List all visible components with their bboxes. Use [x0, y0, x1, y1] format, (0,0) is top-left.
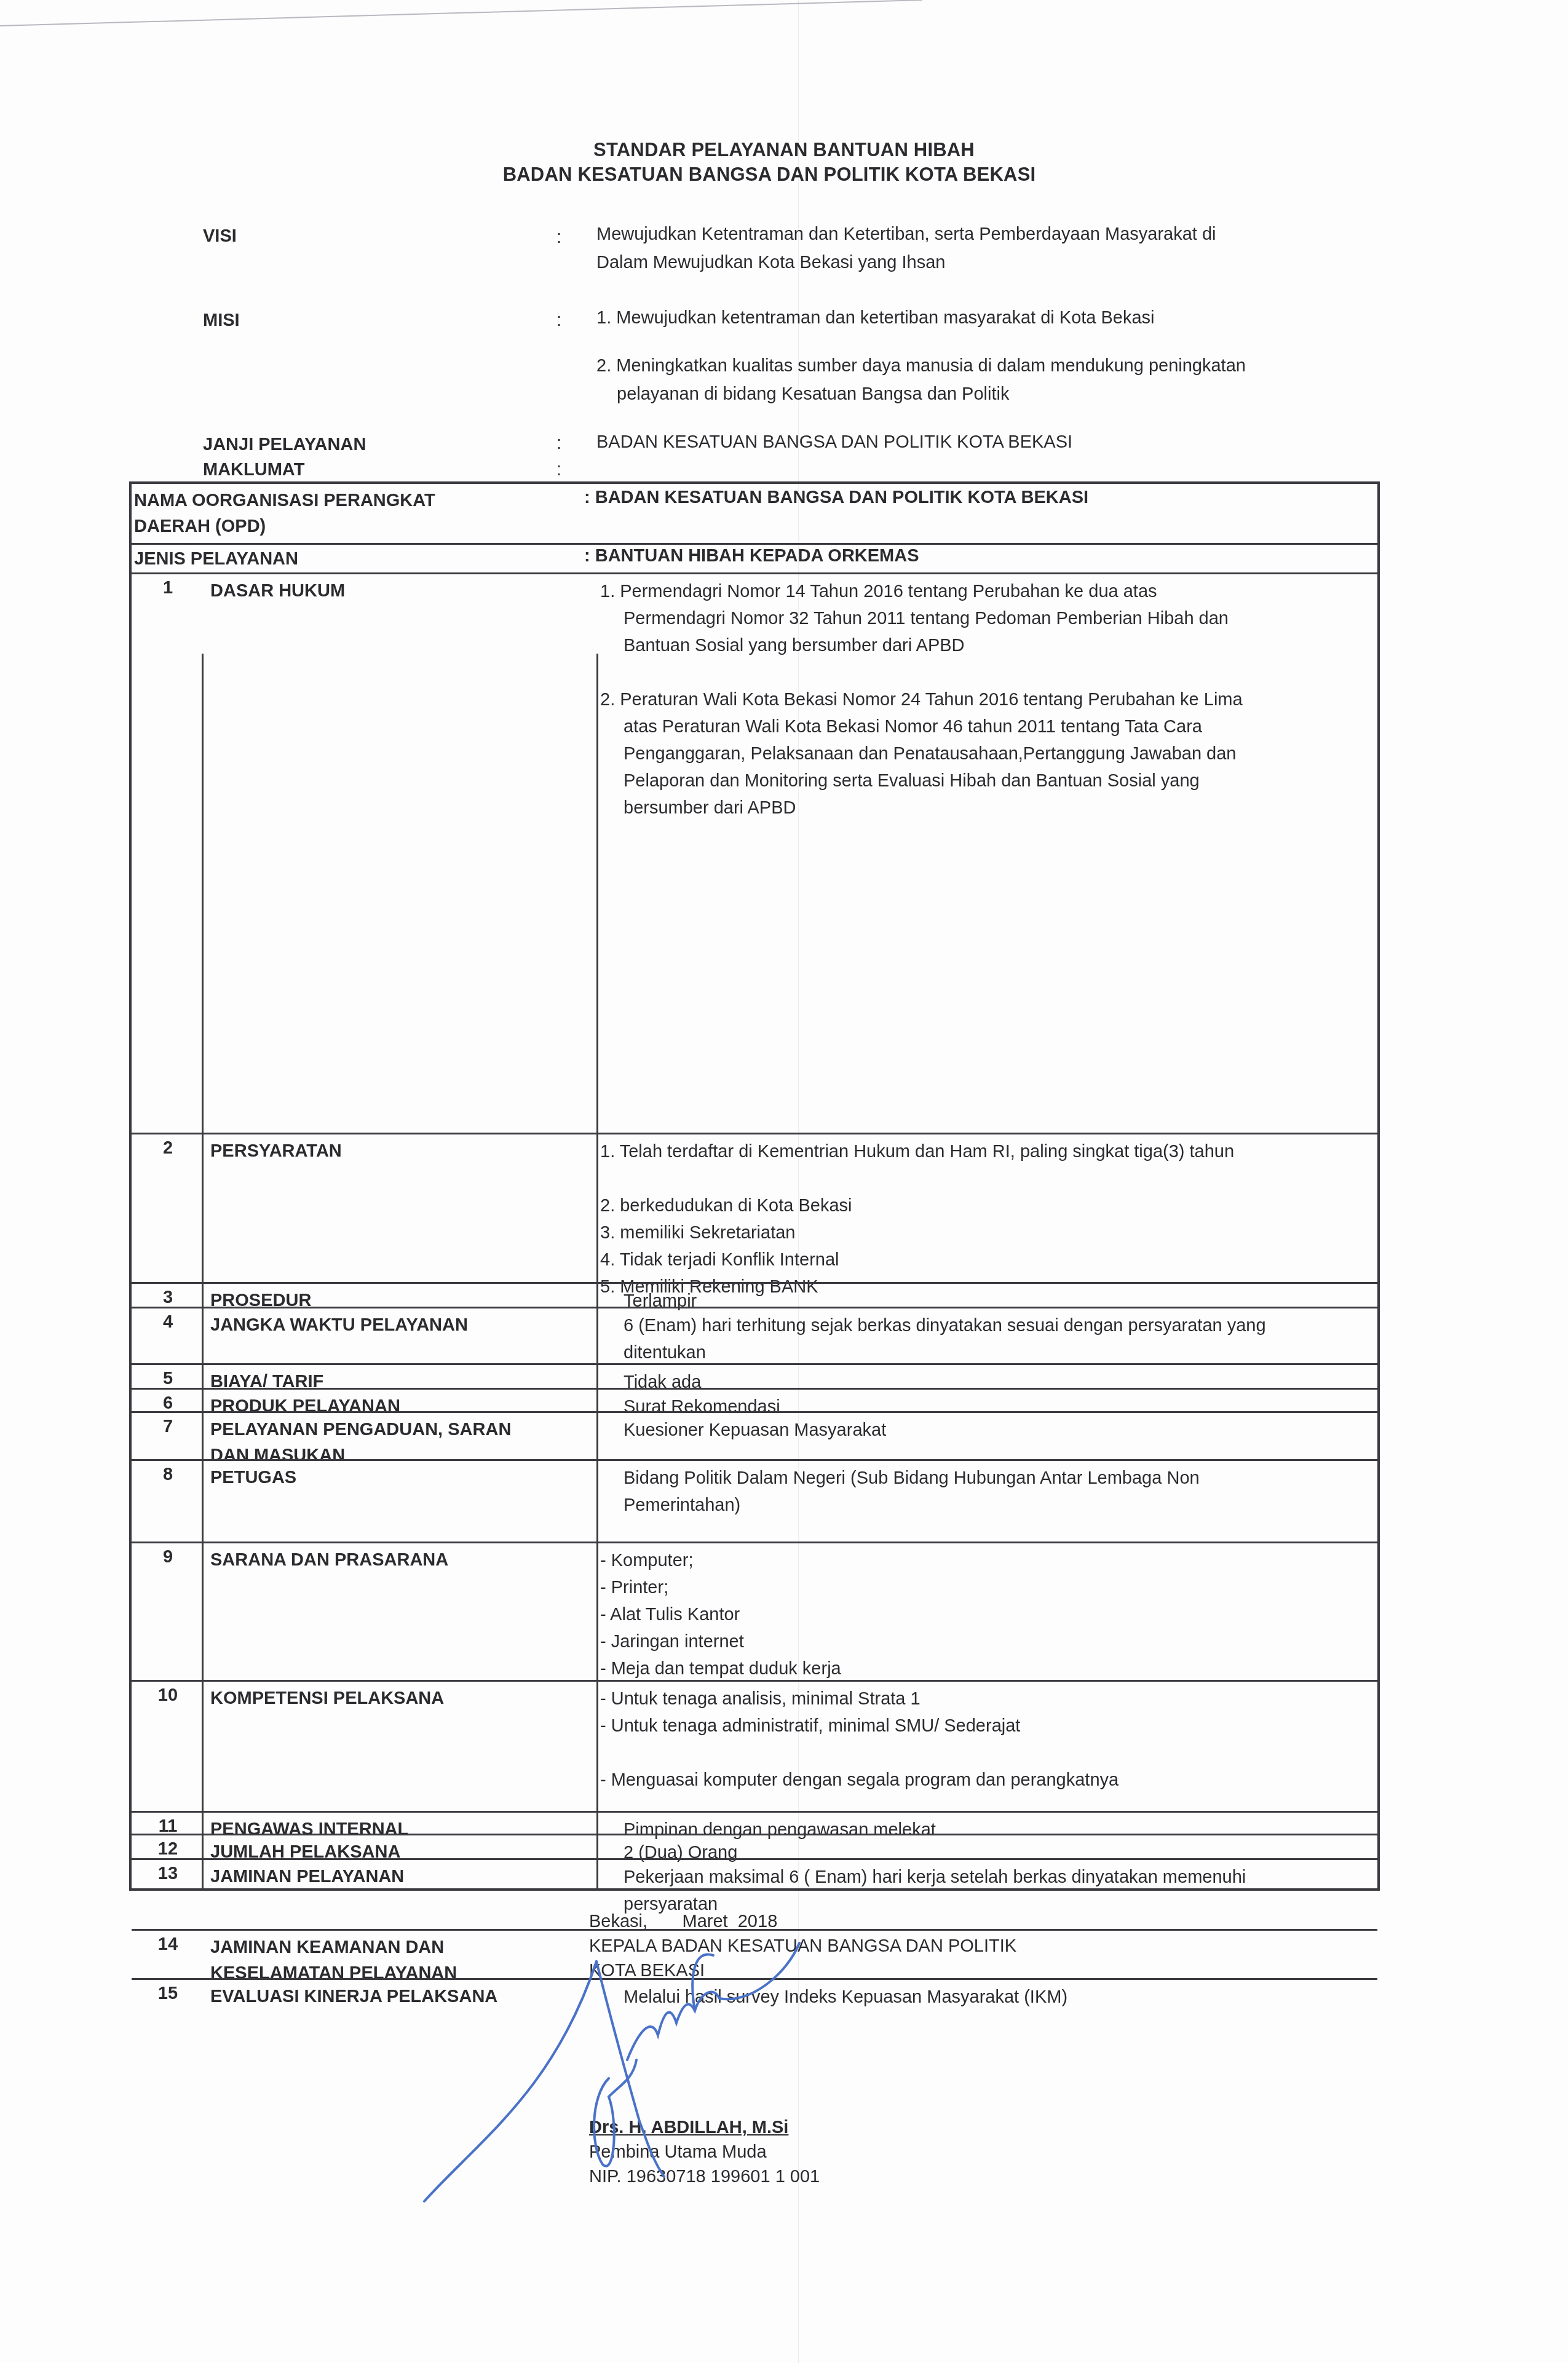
table-row-jenis: JENIS PELAYANAN : BANTUAN HIBAH KEPADA O… — [132, 543, 1377, 574]
service-standard-table: NAMA OORGANISASI PERANGKAT DAERAH (OPD) … — [129, 481, 1380, 1891]
misi-item-2: 2. Meningkatkan kualitas sumber daya man… — [596, 352, 1246, 408]
maklumat-label: MAKLUMAT — [203, 460, 304, 480]
table-row: 8PETUGASBidang Politik Dalam Negeri (Sub… — [132, 1459, 1377, 1542]
row-value: 1. Telah terdaftar di Kementrian Hukum d… — [600, 1138, 1369, 1300]
table-column-divider — [202, 654, 204, 1888]
row-number: 13 — [132, 1864, 204, 1884]
document-title: STANDAR PELAYANAN BANTUAN HIBAH — [0, 139, 1568, 161]
row-number: 2 — [132, 1138, 204, 1158]
misi-item-1: 1. Mewujudkan ketentraman dan ketertiban… — [596, 304, 1155, 332]
row-value: - Untuk tenaga analisis, minimal Strata … — [600, 1685, 1369, 1794]
row-number: 10 — [132, 1685, 204, 1706]
table-row: 6PRODUK PELAYANANSurat Rekomendasi — [132, 1388, 1377, 1411]
document-subtitle: BADAN KESATUAN BANGSA DAN POLITIK KOTA B… — [0, 164, 1553, 186]
janji-label: JANJI PELAYANAN — [203, 435, 366, 455]
row-number: 8 — [132, 1465, 204, 1485]
jenis-value: : BANTUAN HIBAH KEPADA ORKEMAS — [584, 546, 919, 566]
row-number: 1 — [132, 578, 204, 598]
row-number: 15 — [132, 1984, 204, 2004]
table-row: 2PERSYARATAN1. Telah terdaftar di Kement… — [132, 1133, 1377, 1282]
row-number: 5 — [132, 1369, 204, 1389]
place-date: Bekasi, Maret 2018 — [589, 1909, 1016, 1934]
jenis-label: JENIS PELAYANAN — [134, 546, 564, 572]
table-row: 5BIAYA/ TARIFTidak ada — [132, 1363, 1377, 1388]
janji-value: BADAN KESATUAN BANGSA DAN POLITIK KOTA B… — [596, 428, 1072, 456]
row-value: - Komputer;- Printer;- Alat Tulis Kantor… — [600, 1547, 1369, 1682]
row-label: PETUGAS — [205, 1465, 592, 1490]
row-label: SARANA DAN PRASARANA — [205, 1547, 592, 1573]
row-value: 6 (Enam) hari terhitung sejak berkas din… — [600, 1312, 1369, 1366]
row-value: Bidang Politik Dalam Negeri (Sub Bidang … — [600, 1465, 1369, 1519]
row-label: DASAR HUKUM — [205, 578, 592, 604]
misi-label: MISI — [203, 311, 240, 331]
scan-edge-line — [0, 0, 1568, 37]
table-row: 11PENGAWAS INTERNALPimpinan dengan penga… — [132, 1811, 1377, 1834]
maklumat-colon: : — [556, 460, 561, 480]
row-number: 12 — [132, 1839, 204, 1859]
opd-value: : BADAN KESATUAN BANGSA DAN POLITIK KOTA… — [584, 488, 1088, 508]
opd-label: NAMA OORGANISASI PERANGKAT DAERAH (OPD) — [134, 488, 564, 539]
row-value: Kuesioner Kepuasan Masyarakat — [600, 1417, 1369, 1444]
handwritten-signature-icon — [406, 1937, 836, 2214]
row-label: PERSYARATAN — [205, 1138, 592, 1164]
table-row: 9SARANA DAN PRASARANA- Komputer;- Printe… — [132, 1542, 1377, 1680]
table-row: 12JUMLAH PELAKSANA2 (Dua) Orang — [132, 1834, 1377, 1858]
row-value: 1. Permendagri Nomor 14 Tahun 2016 tenta… — [600, 578, 1369, 821]
table-row: 3PROSEDURTerlampir — [132, 1282, 1377, 1307]
visi-colon: : — [556, 228, 561, 248]
table-row: 7PELAYANAN PENGADUAN, SARANDAN MASUKANKu… — [132, 1411, 1377, 1459]
table-row: 1DASAR HUKUM1. Permendagri Nomor 14 Tahu… — [132, 572, 1377, 1133]
row-number: 4 — [132, 1312, 204, 1332]
row-number: 9 — [132, 1547, 204, 1567]
table-row: 10KOMPETENSI PELAKSANA- Untuk tenaga ana… — [132, 1680, 1377, 1811]
janji-colon: : — [556, 433, 561, 454]
visi-value: Mewujudkan Ketentraman dan Ketertiban, s… — [596, 220, 1216, 277]
misi-colon: : — [556, 311, 561, 331]
table-row: 4JANGKA WAKTU PELAYANAN6 (Enam) hari ter… — [132, 1307, 1377, 1363]
row-label: JANGKA WAKTU PELAYANAN — [205, 1312, 592, 1338]
row-number: 3 — [132, 1288, 204, 1308]
row-label: JAMINAN PELAYANAN — [205, 1864, 592, 1890]
visi-label: VISI — [203, 226, 237, 247]
row-label: KOMPETENSI PELAKSANA — [205, 1685, 592, 1711]
table-column-divider — [596, 654, 598, 1888]
row-number: 14 — [132, 1934, 204, 1955]
row-number: 7 — [132, 1417, 204, 1437]
table-row-opd: NAMA OORGANISASI PERANGKAT DAERAH (OPD) … — [132, 484, 1377, 544]
